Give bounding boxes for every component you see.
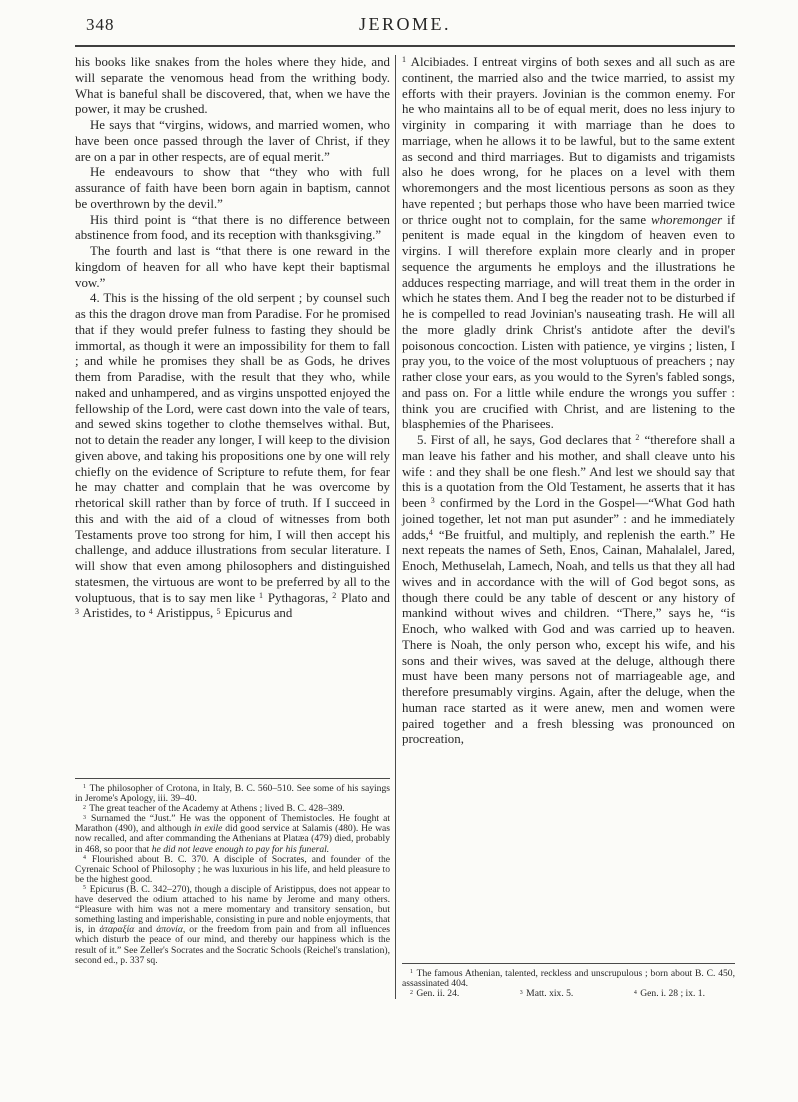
footnote-marker: 5 xyxy=(83,885,87,891)
footnote-marker: 2 xyxy=(635,433,640,442)
left-column: his books like snakes from the holes whe… xyxy=(75,55,390,999)
paragraph: He endeavours to show that “they who wit… xyxy=(75,165,390,212)
footnote-marker: 4 xyxy=(429,528,434,537)
footnote-ref: 3 Matt. xix. 5. xyxy=(520,989,574,999)
page-content: 348 JEROME. his books like snakes from t… xyxy=(75,12,735,999)
column-divider xyxy=(395,55,396,999)
footnote-marker: 2 xyxy=(83,805,87,811)
footnote-ref: 4 Gen. i. 28 ; ix. 1. xyxy=(634,989,705,999)
footnote: 1 The famous Athenian, talented, reckles… xyxy=(402,969,735,989)
footnote-ref: 2 Gen. ii. 24. xyxy=(402,989,459,999)
footnote-marker: 1 xyxy=(410,969,414,975)
footnote-marker: 5 xyxy=(216,607,221,616)
paragraph: The fourth and last is “that there is on… xyxy=(75,244,390,291)
right-body-text: 1 Alcibiades. I entreat virgins of both … xyxy=(402,55,735,957)
two-column-layout: his books like snakes from the holes whe… xyxy=(75,55,735,999)
footnote: 2 Gen. ii. 24.3 Matt. xix. 5.4 Gen. i. 2… xyxy=(402,989,735,999)
footnote-marker: 3 xyxy=(75,607,80,616)
left-footnotes: 1 The philosopher of Crotona, in Italy, … xyxy=(75,784,390,966)
footnote-marker: 1 xyxy=(259,591,264,600)
footnote-marker: 2 xyxy=(410,990,414,996)
footnote-marker: 2 xyxy=(332,591,337,600)
paragraph: 1 Alcibiades. I entreat virgins of both … xyxy=(402,55,735,433)
paragraph: 4. This is the hissing of the old serpen… xyxy=(75,291,390,622)
footnote: 5 Epicurus (B. C. 342–270), though a dis… xyxy=(75,885,390,966)
right-footnote-rule xyxy=(402,963,735,964)
page-title: JEROME. xyxy=(75,14,735,35)
paragraph: His third point is “that there is no dif… xyxy=(75,213,390,245)
left-body-text: his books like snakes from the holes whe… xyxy=(75,55,390,772)
paragraph: 5. First of all, he says, God declares t… xyxy=(402,433,735,748)
page-header: 348 JEROME. xyxy=(75,12,735,42)
footnote: 1 The philosopher of Crotona, in Italy, … xyxy=(75,784,390,804)
footnote-marker: 3 xyxy=(520,990,524,996)
right-footnotes: 1 The famous Athenian, talented, reckles… xyxy=(402,969,735,999)
header-rule xyxy=(75,45,735,47)
footnote-marker: 3 xyxy=(431,496,436,505)
paragraph: his books like snakes from the holes whe… xyxy=(75,55,390,118)
footnote-marker: 4 xyxy=(634,990,638,996)
footnote-marker: 3 xyxy=(83,815,87,821)
footnote: 4 Flourished about B. C. 370. A disciple… xyxy=(75,855,390,885)
paragraph: He says that “virgins, widows, and marri… xyxy=(75,118,390,165)
footnote-marker: 4 xyxy=(149,607,154,616)
footnote-marker: 4 xyxy=(83,855,87,861)
book-page: 348 JEROME. his books like snakes from t… xyxy=(0,0,798,1102)
footnote-marker: 1 xyxy=(402,55,407,64)
footnote: 3 Surnamed the “Just.” He was the oppone… xyxy=(75,814,390,854)
footnote-marker: 1 xyxy=(83,784,87,790)
left-footnote-rule xyxy=(75,778,390,779)
right-column: 1 Alcibiades. I entreat virgins of both … xyxy=(402,55,735,999)
